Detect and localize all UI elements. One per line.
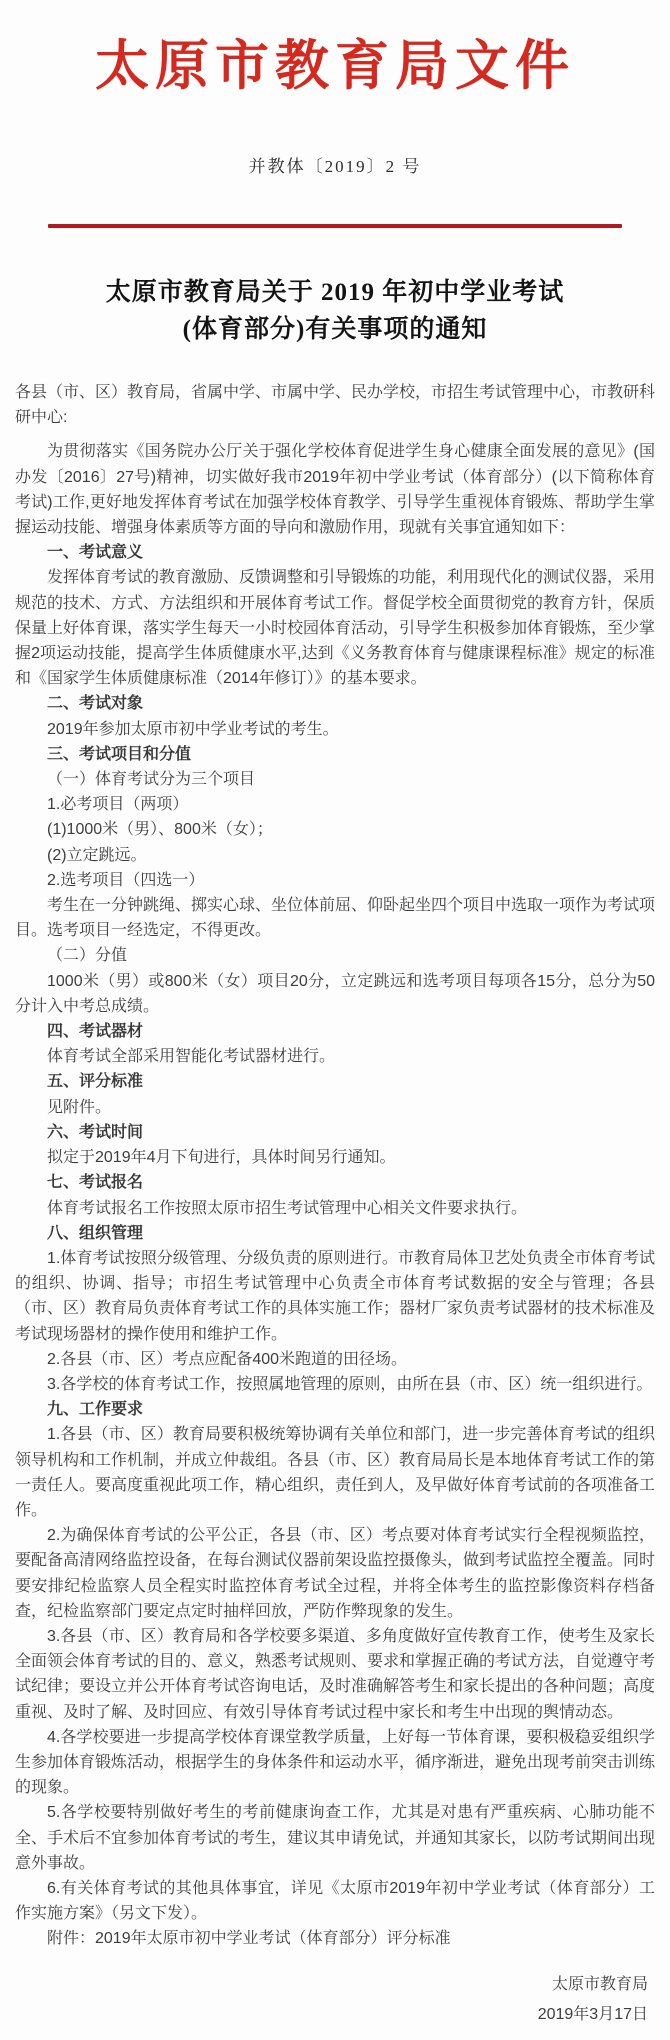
- body-paragraph: (1)1000米（男）、800米（女）；: [15, 817, 655, 842]
- section-heading: 一、考试意义: [15, 540, 655, 565]
- body-paragraph: 3.各学校的体育考试工作，按照属地管理的原则，由所在县（市、区）统一组织进行。: [15, 1372, 655, 1397]
- section-heading: 七、考试报名: [15, 1170, 655, 1195]
- body-paragraph: 发挥体育考试的教育激励、反馈调整和引导锻炼的功能，利用现代化的测试仪器，采用规范…: [15, 565, 655, 691]
- body-paragraph: 5.各学校要特别做好考生的考前健康询查工作，尤其是对患有严重疾病、心肺功能不全、…: [15, 1800, 655, 1876]
- document-number: 并教体〔2019〕2 号: [0, 156, 670, 178]
- document-title-line1: 太原市教育局关于 2019 年初中学业考试: [0, 274, 670, 311]
- document-body: 各县（市、区）教育局，省属中学、市属中学、民办学校，市招生考试管理中心，市教研科…: [15, 380, 655, 1952]
- section-heading: 八、组织管理: [15, 1221, 655, 1246]
- section-heading: 九、工作要求: [15, 1397, 655, 1422]
- section-heading: 五、评分标准: [15, 1069, 655, 1094]
- body-paragraph: 体育考试报名工作按照太原市招生考试管理中心相关文件要求执行。: [15, 1196, 655, 1221]
- body-paragraph: 3.各县（市、区）教育局和各学校要多渠道、多角度做好宣传教育工作，使考生及家长全…: [15, 1624, 655, 1725]
- body-paragraph: (2)立定跳远。: [15, 843, 655, 868]
- signature-org: 太原市教育局: [0, 1970, 648, 2000]
- section-heading: 三、考试项目和分值: [15, 742, 655, 767]
- body-paragraph: （一）体育考试分为三个项目: [15, 767, 655, 792]
- body-paragraph: 见附件。: [15, 1095, 655, 1120]
- red-letterhead-title: 太原市教育局文件: [0, 0, 670, 106]
- body-paragraph: 1.必考项目（两项）: [15, 792, 655, 817]
- body-paragraph: 6.有关体育考试的其他具体事宜，详见《太原市2019年初中学业考试（体育部分）工…: [15, 1876, 655, 1926]
- section-heading: 四、考试器材: [15, 1019, 655, 1044]
- official-document-page: 太原市教育局文件 并教体〔2019〕2 号 太原市教育局关于 2019 年初中学…: [0, 0, 670, 2040]
- signature-date: 2019年3月17日: [0, 2000, 648, 2030]
- document-title: 太原市教育局关于 2019 年初中学业考试 (体育部分)有关事项的通知: [0, 274, 670, 348]
- body-paragraph: 为贯彻落实《国务院办公厅关于强化学校体育促进学生身心健康全面发展的意见》(国办发…: [15, 439, 655, 540]
- body-paragraph: 2.选考项目（四选一）: [15, 868, 655, 893]
- body-paragraph: 拟定于2019年4月下旬进行，具体时间另行通知。: [15, 1145, 655, 1170]
- body-paragraph: 1000米（男）或800米（女）项目20分，立定跳远和选考项目每项各15分，总分…: [15, 969, 655, 1019]
- body-paragraph: 1.体育考试按照分级管理、分级负责的原则进行。市教育局体卫艺处负责全市体育考试的…: [15, 1246, 655, 1347]
- section-heading: 二、考试对象: [15, 691, 655, 716]
- body-paragraph: 2.为确保体育考试的公平公正，各县（市、区）考点要对体育考试实行全程视频监控，要…: [15, 1523, 655, 1624]
- signature-block: 太原市教育局 2019年3月17日: [0, 1970, 648, 2030]
- body-paragraph: 4.各学校要进一步提高学校体育课堂教学质量，上好每一节体育课，要积极稳妥组织学生…: [15, 1725, 655, 1801]
- body-paragraph: 各县（市、区）教育局，省属中学、市属中学、民办学校，市招生考试管理中心，市教研科…: [15, 380, 655, 430]
- document-title-line2: (体育部分)有关事项的通知: [0, 311, 670, 348]
- body-paragraph: 2.各县（市、区）考点应配备400米跑道的田径场。: [15, 1347, 655, 1372]
- body-paragraph: 体育考试全部采用智能化考试器材进行。: [15, 1044, 655, 1069]
- body-paragraph: 考生在一分钟跳绳、掷实心球、坐位体前屈、仰卧起坐四个项目中选取一项作为考试项目。…: [15, 893, 655, 943]
- body-paragraph: 1.各县（市、区）教育局要积极统筹协调有关单位和部门，进一步完善体育考试的组织领…: [15, 1422, 655, 1523]
- body-paragraph: （二）分值: [15, 943, 655, 968]
- section-heading: 六、考试时间: [15, 1120, 655, 1145]
- red-divider-line: [48, 224, 622, 228]
- body-paragraph: 2019年参加太原市初中学业考试的考生。: [15, 717, 655, 742]
- body-paragraph: 附件：2019年太原市初中学业考试（体育部分）评分标准: [15, 1926, 655, 1951]
